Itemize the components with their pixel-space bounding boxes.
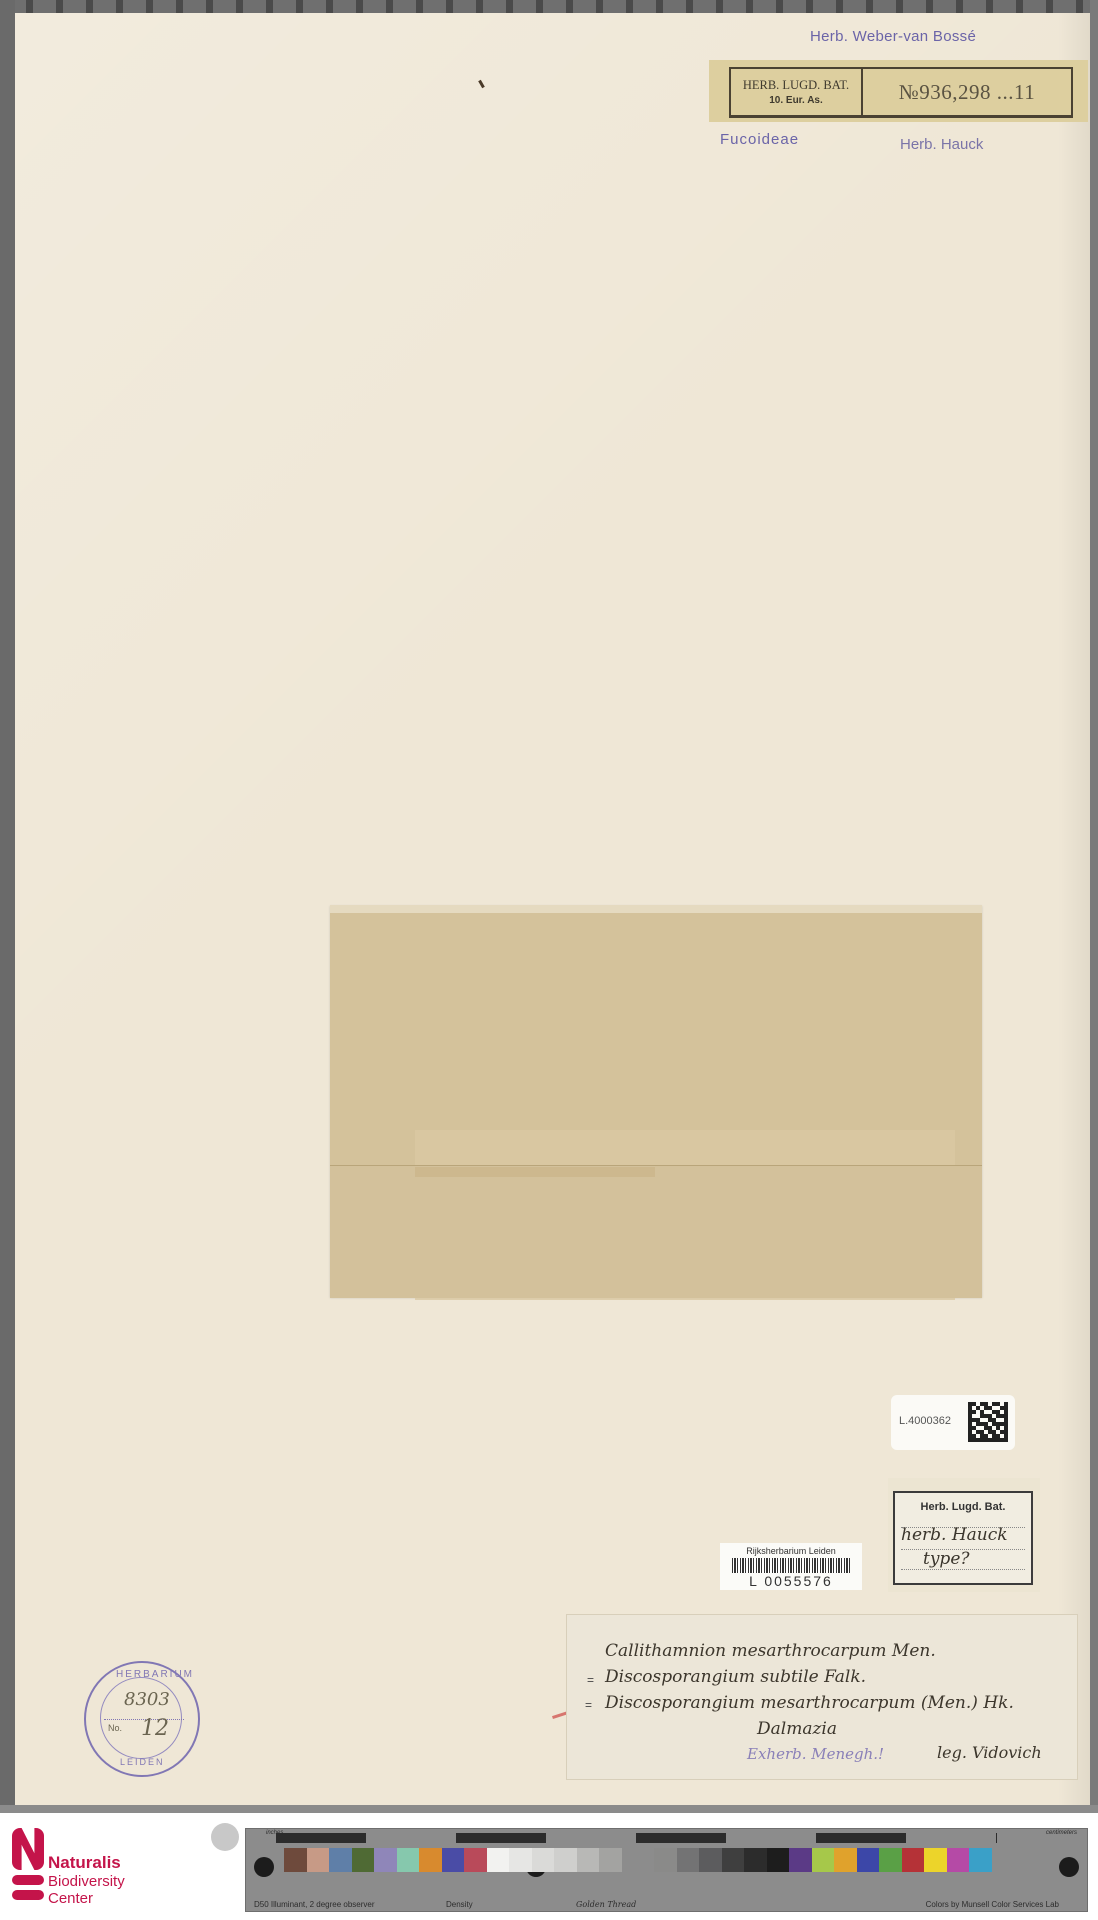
- exherb-note: Exherb. Menegh.!: [747, 1745, 884, 1763]
- registration-dot-icon: [254, 1857, 274, 1877]
- stamp-weber-van-bosse: Herb. Weber-van Bossé: [810, 28, 976, 45]
- equals-sign: =: [585, 1698, 592, 1712]
- stamp-bottom-text: LEIDEN: [120, 1757, 165, 1767]
- determination-line-1: Callithamnion mesarthrocarpum Men.: [605, 1641, 936, 1661]
- color-patch: [744, 1848, 767, 1872]
- color-patch: [442, 1848, 465, 1872]
- color-patch: [767, 1848, 790, 1872]
- stamp-no-value: 12: [141, 1716, 169, 1741]
- specimen-packet: [330, 905, 982, 1297]
- catalog-number: L.4000362: [899, 1415, 951, 1427]
- herb-lugd-bat-label: Herb. Lugd. Bat. herb. Hauck type?: [888, 1478, 1040, 1592]
- dotted-line: [901, 1569, 1025, 1570]
- herb-label-title: Herb. Lugd. Bat.: [895, 1501, 1031, 1513]
- brand-text: Golden Thread: [576, 1900, 636, 1909]
- packet-fold: [330, 905, 982, 913]
- herb-label-handwriting-2: type?: [923, 1549, 970, 1569]
- color-patch: [677, 1848, 700, 1872]
- illuminant-text: D50 Illuminant, 2 degree observer: [254, 1900, 375, 1909]
- base-strip: [0, 1805, 1098, 1813]
- color-patch: [419, 1848, 442, 1872]
- color-patch: [654, 1848, 677, 1872]
- datamatrix-label: L.4000362: [891, 1395, 1015, 1450]
- collector: leg. Vidovich: [937, 1743, 1042, 1762]
- color-patch: [397, 1848, 420, 1872]
- logo-text-2: Biodiversity: [48, 1873, 125, 1890]
- naturalis-n-icon: [12, 1828, 44, 1870]
- color-patch: [329, 1848, 352, 1872]
- color-patch: [532, 1848, 555, 1872]
- color-patch: [554, 1848, 577, 1872]
- determination-line-3: Discosporangium mesarthrocarpum (Men.) H…: [605, 1693, 1014, 1713]
- naturalis-logo: Naturalis Biodiversity Center: [12, 1828, 142, 1908]
- color-patch: [812, 1848, 835, 1872]
- color-patch: [947, 1848, 970, 1872]
- scanner-frame-right: [1090, 0, 1098, 1813]
- locality: Dalmazia: [757, 1719, 837, 1739]
- barcode-icon: [732, 1558, 850, 1573]
- color-patch: [509, 1848, 532, 1872]
- logo-bar: [12, 1875, 44, 1885]
- registration-dot-icon: [1059, 1857, 1079, 1877]
- color-patch: [902, 1848, 925, 1872]
- stamp-top-text: HERBARIUM: [116, 1669, 194, 1680]
- label-region: 10. Eur. As.: [769, 95, 823, 106]
- barcode-number: L 0055576: [720, 1573, 862, 1589]
- datamatrix-code-icon: [968, 1402, 1008, 1442]
- accession-number-label: HERB. LUGD. BAT. 10. Eur. As. №936,298 .…: [709, 60, 1088, 122]
- packet-flap: [330, 1165, 982, 1298]
- stamp-herb-hauck: Herb. Hauck: [900, 136, 983, 153]
- stamp-no-label: No.: [108, 1723, 122, 1733]
- color-patch: [969, 1848, 992, 1872]
- scanner-frame-top: [0, 0, 1098, 14]
- color-patch: [924, 1848, 947, 1872]
- scanner-frame-left: [0, 0, 15, 1813]
- color-patch: [699, 1848, 722, 1872]
- barcode-institution: Rijksherbarium Leiden: [720, 1546, 862, 1556]
- color-patch: [879, 1848, 902, 1872]
- density-label: Density: [446, 1900, 473, 1909]
- color-patch: [577, 1848, 600, 1872]
- logo-text-3: Center: [48, 1890, 93, 1907]
- gray-reference-dot: [211, 1823, 239, 1851]
- color-patch: [352, 1848, 375, 1872]
- herbarium-leiden-stamp: HERBARIUM 8303 No. 12 LEIDEN: [84, 1661, 200, 1777]
- color-patch: [284, 1848, 307, 1872]
- determination-label: Callithamnion mesarthrocarpum Men. = Dis…: [566, 1614, 1078, 1780]
- herb-label-handwriting-1: herb. Hauck: [901, 1525, 1008, 1545]
- stamp-number: 8303: [124, 1689, 170, 1710]
- color-patches-right: [654, 1848, 992, 1872]
- label-institution: HERB. LUGD. BAT.: [743, 78, 849, 93]
- color-calibration-chart: inches centimeters D50 Illuminant, 2 deg…: [245, 1828, 1088, 1912]
- color-patch: [487, 1848, 510, 1872]
- accession-number: №936,298 ...11: [863, 69, 1071, 115]
- logo-text-1: Naturalis: [48, 1853, 121, 1873]
- color-patch: [307, 1848, 330, 1872]
- color-patch: [857, 1848, 880, 1872]
- color-patches-left: [284, 1848, 622, 1872]
- color-patch: [374, 1848, 397, 1872]
- determination-line-2: Discosporangium subtile Falk.: [605, 1667, 866, 1687]
- equals-sign: =: [587, 1673, 594, 1687]
- color-patch: [722, 1848, 745, 1872]
- color-patch: [789, 1848, 812, 1872]
- color-patch: [464, 1848, 487, 1872]
- barcode-label: Rijksherbarium Leiden L 0055576: [720, 1543, 862, 1590]
- color-patch: [599, 1848, 622, 1872]
- ruler-scale: [276, 1833, 997, 1843]
- stamp-fucoideae: Fucoideae: [720, 131, 799, 148]
- logo-bar: [12, 1890, 44, 1900]
- packet-flap-edge: [415, 1167, 655, 1177]
- centimeters-label: centimeters: [1046, 1830, 1077, 1836]
- color-patch: [834, 1848, 857, 1872]
- credit-text: Colors by Munsell Color Services Lab: [926, 1900, 1059, 1909]
